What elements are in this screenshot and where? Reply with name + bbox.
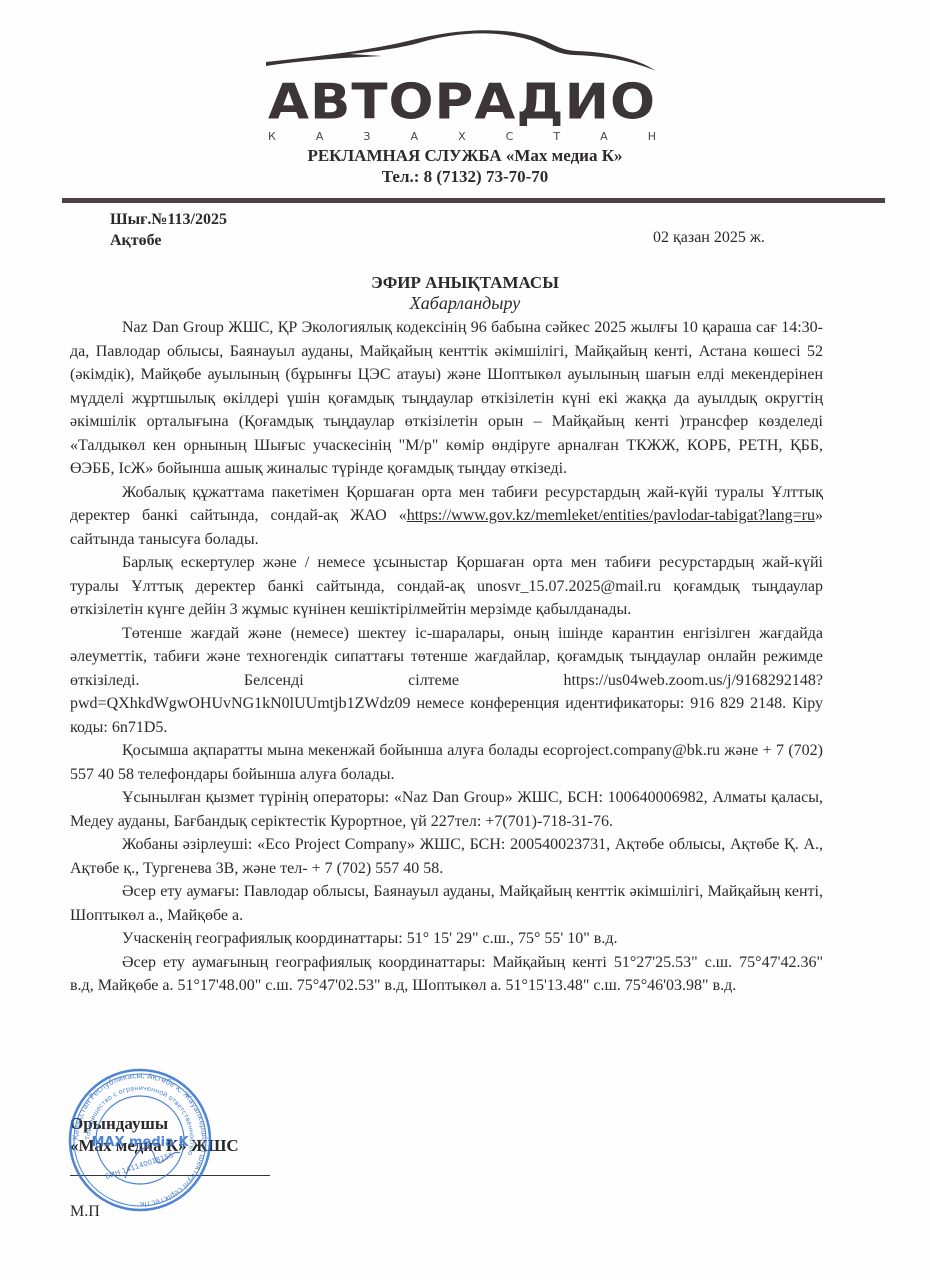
paragraph-online: Төтенше жағдай және (немесе) шектеу іс-ш… (70, 622, 823, 740)
paragraph-contacts: Қосымша ақпаратты мына мекенжай бойынша … (70, 739, 823, 786)
paragraph-area-coordinates: Әсер ету аумағының географиялық координа… (70, 951, 823, 998)
document-date: 02 қазан 2025 ж. (653, 229, 765, 247)
outgoing-number: Шығ.№113/2025 (110, 211, 227, 229)
gov-link[interactable]: https://www.gov.kz/memleket/entities/pav… (407, 507, 815, 524)
brand-country-letter: С (506, 130, 514, 143)
seal-label: М.П (70, 1203, 100, 1221)
autoradio-logo: АВТОРАДИО КАЗАХСТАН (262, 18, 662, 138)
paragraph-documentation: Жобалық құжаттама пакетімен Қоршаған орт… (70, 481, 823, 552)
brand-country-letter: Т (553, 130, 560, 143)
paragraph-site-coordinates: Учаскенің географиялық координаттары: 51… (70, 927, 823, 951)
brand-country-letter: Н (648, 130, 656, 143)
paragraph-impact-area: Әсер ету аумағы: Павлодар облысы, Баянау… (70, 880, 823, 927)
paragraph-comments: Барлық ескертулер және / немесе ұсыныста… (70, 551, 823, 622)
document-title: ЭФИР АНЫҚТАМАСЫ (0, 273, 930, 293)
car-silhouette-icon (262, 18, 662, 78)
signer-role: Орындаушы (70, 1114, 168, 1134)
header-divider (62, 198, 885, 203)
brand-country-letter: Х (458, 130, 466, 143)
brand-country-letter: А (600, 130, 608, 143)
brand-name: АВТОРАДИО (264, 75, 660, 130)
paragraph-developer: Жобаны әзірлеуші: «Eco Project Company» … (70, 833, 823, 880)
signer-organization: «Мах медиа К» ЖШС (70, 1136, 239, 1156)
document-subtitle: Хабарландыру (0, 293, 930, 314)
agency-phone: Тел.: 8 (7132) 73-70-70 (0, 167, 930, 187)
agency-name: РЕКЛАМНАЯ СЛУЖБА «Мах медиа К» (0, 146, 930, 166)
brand-country-letter: З (363, 130, 370, 143)
document-body: Naz Dan Group ЖШС, ҚР Экологиялық кодекс… (70, 316, 823, 998)
brand-country-letter: К (268, 130, 276, 143)
paragraph-operator: Ұсынылған қызмет түрінің операторы: «Naz… (70, 786, 823, 833)
brand-country-letter: А (316, 130, 324, 143)
brand-country-letter: А (411, 130, 419, 143)
signature-line (70, 1175, 270, 1176)
city: Ақтөбе (110, 232, 162, 250)
document-page: АВТОРАДИО КАЗАХСТАН РЕКЛАМНАЯ СЛУЖБА «Ма… (0, 0, 930, 1280)
paragraph-announcement: Naz Dan Group ЖШС, ҚР Экологиялық кодекс… (70, 316, 823, 481)
brand-country: КАЗАХСТАН (262, 130, 662, 143)
